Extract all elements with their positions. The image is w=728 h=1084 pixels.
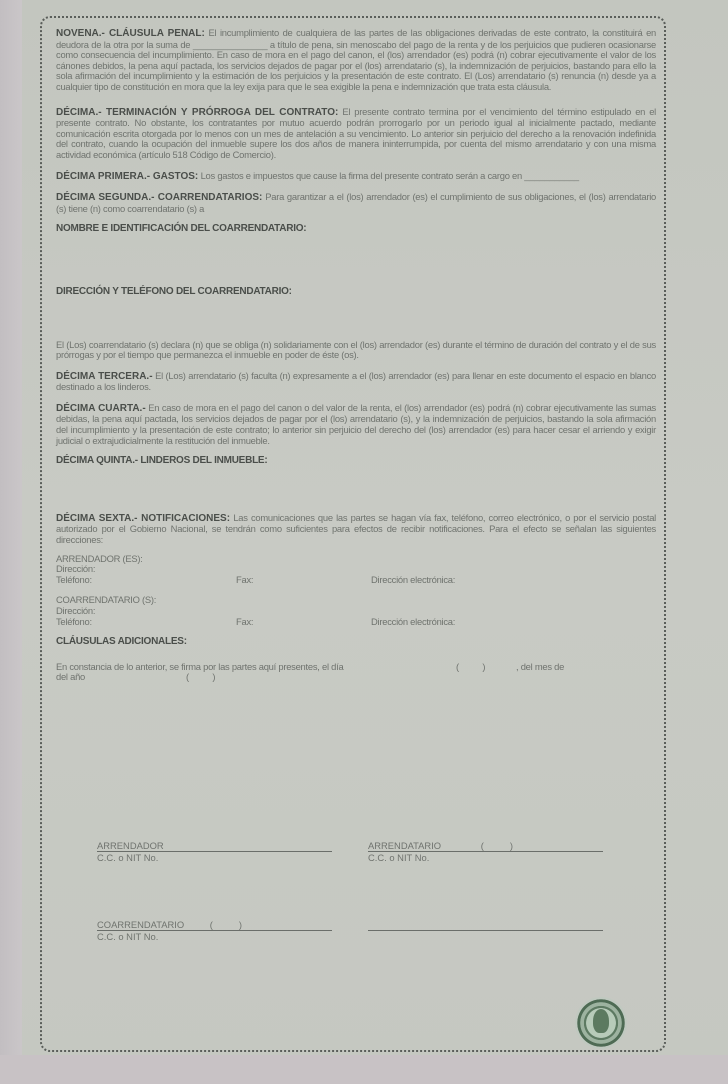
- notification-addresses: ARRENDADOR (ES): Dirección: Teléfono:Fax…: [56, 554, 656, 627]
- signature-blank: [368, 919, 603, 931]
- solidarity-paragraph: El (Los) coarrendatario (s) declara (n) …: [56, 340, 656, 361]
- linderos-heading: DÉCIMA QUINTA.- LINDEROS DEL INMUEBLE:: [56, 456, 656, 467]
- coarrendatario-address-field[interactable]: [56, 316, 656, 340]
- clause-decima: DÉCIMA.- TERMINACIÓN Y PRÓRROGA DEL CONT…: [56, 107, 656, 161]
- adicionales-heading: CLÁUSULAS ADICIONALES:: [56, 637, 656, 648]
- background-strip: [0, 0, 24, 1084]
- signature-arrendatario: ARRENDATARIO( ) C.C. o NIT No.: [368, 840, 603, 863]
- clause-decima-segunda: DÉCIMA SEGUNDA.- COARRENDATARIOS: Para g…: [56, 192, 656, 214]
- seal-stamp-icon: [575, 997, 627, 1049]
- signature-arrendador: ARRENDADOR C.C. o NIT No.: [97, 840, 332, 863]
- coarrendatario-name-label: NOMBRE E IDENTIFICACIÓN DEL COARRENDATAR…: [56, 224, 656, 235]
- clause-decima-tercera: DÉCIMA TERCERA.- El (Los) arrendatario (…: [56, 371, 656, 393]
- clause-decima-primera: DÉCIMA PRIMERA.- GASTOS: Los gastos e im…: [56, 171, 656, 183]
- clause-decima-cuarta: DÉCIMA CUARTA.- En caso de mora en el pa…: [56, 403, 656, 446]
- constancia: En constancia de lo anterior, se firma p…: [56, 662, 656, 683]
- linderos-field[interactable]: [56, 467, 656, 513]
- contract-body: NOVENA.- CLÁUSULA PENAL: El incumplimien…: [56, 28, 656, 683]
- background-bottom: [0, 1055, 728, 1084]
- clause-notificaciones: DÉCIMA SEXTA.- NOTIFICACIONES: Las comun…: [56, 513, 656, 546]
- coarrendatario-name-field[interactable]: [56, 253, 656, 277]
- clause-novena: NOVENA.- CLÁUSULA PENAL: El incumplimien…: [56, 28, 656, 93]
- signature-line[interactable]: [368, 930, 603, 931]
- party-coarrendatario: COARRENDATARIO (S): Dirección: Teléfono:…: [56, 595, 656, 627]
- coarrendatario-address-label: DIRECCIÓN Y TELÉFONO DEL COARRENDATARIO:: [56, 287, 656, 298]
- profile-head-icon: [593, 1009, 609, 1033]
- signature-coarrendatario: COARRENDATARIO( ) C.C. o NIT No.: [97, 919, 332, 942]
- party-arrendador: ARRENDADOR (ES): Dirección: Teléfono:Fax…: [56, 554, 656, 586]
